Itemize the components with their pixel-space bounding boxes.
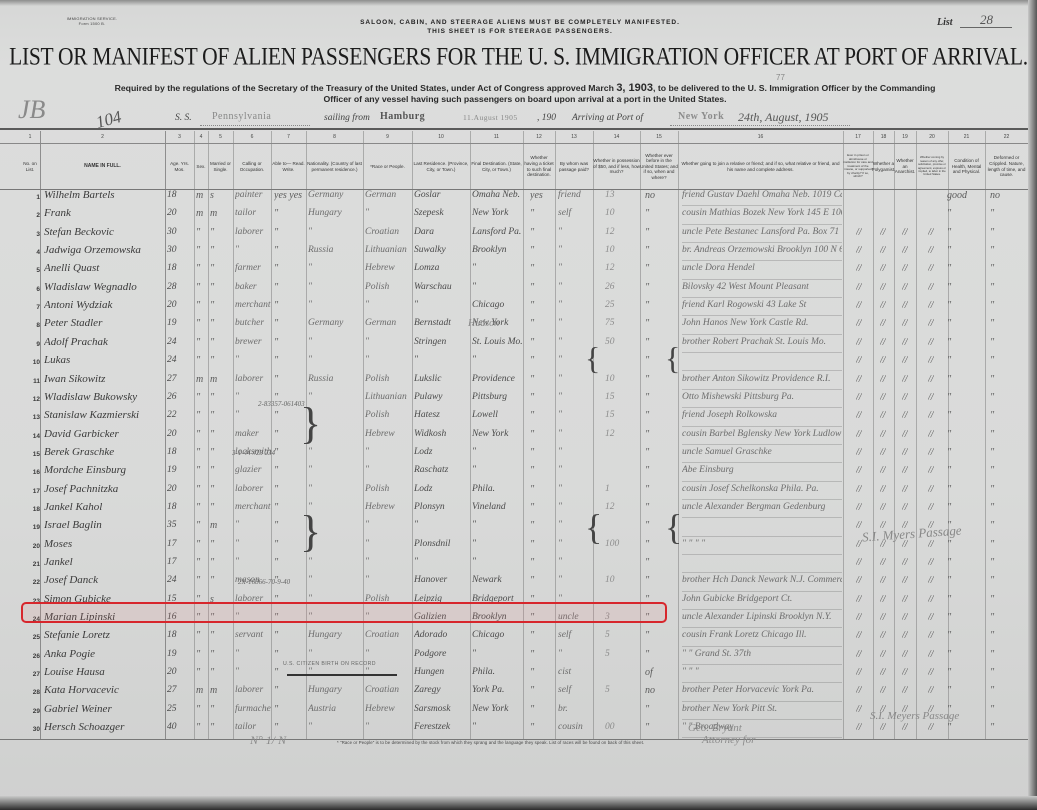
header-ticket: Whether having a ticket to such final de… [523, 144, 555, 189]
cell-before: " [645, 557, 677, 568]
cell-money: 75 [605, 318, 640, 328]
cell-sex: " [196, 245, 208, 256]
table-row: 28Kata Horvacevic27mmlaborer"HungaryCroa… [0, 683, 1028, 701]
cell-cond: " [947, 447, 985, 458]
ditto-mark: // [880, 649, 886, 660]
cell-nat: Germany [308, 318, 363, 328]
scan-edge-top [0, 0, 1037, 6]
cell-def: " [990, 484, 1028, 495]
cell-cond: " [947, 594, 985, 605]
cell-cond: " [947, 649, 985, 660]
warning-line-1: SALOON, CABIN, AND STEERAGE ALIENS MUST … [290, 18, 750, 27]
header-before-in-us: Whether ever before in the United States… [640, 144, 678, 189]
cell-ms: " [210, 318, 232, 329]
cell-def: " [990, 318, 1028, 329]
cell-age: 25 [167, 704, 193, 714]
ditto-mark: // [880, 374, 886, 385]
header-health: Condition of Health, Mental and Physical… [948, 144, 985, 189]
ditto-mark: // [928, 685, 934, 696]
ditto-mark: // [880, 594, 886, 605]
arriving-label: Arriving at Port of [572, 113, 643, 123]
cell-age: 18 [167, 263, 193, 273]
cell-def: " [990, 539, 1028, 550]
cell-ms: " [210, 337, 232, 348]
cell-race: Lithuanian [365, 392, 412, 402]
ditto-mark: // [928, 429, 934, 440]
cell-rw: " [274, 300, 306, 311]
cell-age: 20 [167, 300, 193, 310]
cell-age: 24 [167, 355, 193, 365]
ditto-mark: // [928, 484, 934, 495]
cell-name: Stefan Beckovic [44, 226, 164, 238]
cell-age: 30 [167, 227, 193, 237]
cell-tkt: " [530, 484, 550, 495]
cell-rw: " [274, 245, 306, 256]
cell-occ: tailor [235, 208, 271, 218]
cell-paid: " [558, 245, 593, 255]
ditto-mark: // [928, 355, 934, 366]
ditto-mark: // [902, 612, 908, 623]
ditto-mark: // [902, 227, 908, 238]
cell-rw: " [274, 318, 306, 329]
ditto-mark: // [856, 263, 862, 274]
cell-rw: " [274, 208, 306, 219]
ditto-mark: // [902, 557, 908, 568]
cell-sex: " [196, 429, 208, 440]
cell-dest: St. Louis Mo. [472, 337, 523, 347]
cell-name: Louise Hausa [44, 666, 164, 678]
row12-note: 2-83357-061403 [258, 400, 305, 408]
cell-def: " [990, 612, 1028, 623]
cell-before: " [645, 227, 677, 238]
cell-res: " [414, 300, 470, 310]
cell-age: 18 [167, 447, 193, 457]
brace-mark: { [585, 505, 602, 549]
cell-age: 24 [167, 575, 193, 585]
cell-rw: " [274, 263, 306, 274]
cell-join: " " Grand St. 37th [682, 649, 842, 659]
cell-res: Ferestzek [414, 722, 470, 732]
form-id: IMMIGRATION SERVICE. Form 1500 B. [60, 16, 124, 26]
cell-nat: " [308, 649, 363, 659]
cell-sex: " [196, 447, 208, 458]
cell-tkt: " [530, 429, 550, 440]
cell-before: " [645, 484, 677, 495]
row-number: 17 [28, 488, 40, 495]
page-title: LIST OR MANIFEST OF ALIEN PASSENGERS FOR… [0, 42, 1037, 72]
cell-paid: " [558, 484, 593, 494]
table-row: 9Adolf Prachak24""brewer"""StringenSt. L… [0, 335, 1028, 353]
cell-paid: " [558, 575, 593, 585]
cell-age: 30 [167, 245, 193, 255]
header-money: Whether in possession of $50, and if les… [593, 144, 640, 189]
column-number: 4 [194, 134, 208, 140]
cell-money: 10 [605, 208, 640, 218]
cell-before: " [645, 410, 677, 421]
cell-sex: " [196, 649, 208, 660]
list-label: List [937, 17, 953, 28]
cell-age: 26 [167, 392, 193, 402]
cell-rw: " [274, 355, 306, 366]
cell-race: Polish [365, 410, 412, 420]
sailing-label: sailing from [324, 113, 370, 123]
table-row: 5Anelli Quast18""farmer""HebrewLomza"""1… [0, 261, 1028, 279]
cell-tkt: " [530, 630, 550, 641]
cell-cond: " [947, 722, 985, 733]
cell-tkt: " [530, 410, 550, 421]
ditto-mark: // [856, 575, 862, 586]
ditto-mark: // [902, 502, 908, 513]
cell-cond: " [947, 612, 985, 623]
cell-nat: " [308, 282, 363, 292]
cell-name: Anelli Quast [44, 262, 164, 274]
cell-tkt: " [530, 685, 550, 696]
column-number: 3 [165, 134, 194, 140]
cell-res: Raschatz [414, 465, 470, 475]
ditto-mark: // [902, 429, 908, 440]
cell-name: Moses [44, 538, 164, 550]
cell-tkt: " [530, 520, 550, 531]
cell-name: Wladislaw Wegnadlo [44, 281, 164, 293]
cell-name: Berek Graschke [44, 446, 164, 458]
cell-money: 12 [605, 227, 640, 237]
cell-before: " [645, 300, 677, 311]
cell-name: Gabriel Weiner [44, 703, 164, 715]
cell-occ: laborer [235, 484, 271, 494]
ditto-mark: // [902, 630, 908, 641]
ditto-mark: // [902, 484, 908, 495]
cell-cond: " [947, 355, 985, 366]
cell-occ: " [235, 667, 271, 677]
cell-dest: " [472, 282, 523, 292]
cell-dest: York Pa. [472, 685, 523, 695]
cell-ms: " [210, 667, 232, 678]
ditto-mark: // [902, 245, 908, 256]
table-row: 22Josef Danck24""mason"""HanoverNewark""… [0, 573, 1028, 591]
row-number: 6 [28, 286, 40, 293]
column-number: 11 [470, 134, 523, 140]
table-row: 12Wladislaw Bukowsky26"""""LithuanianPul… [0, 390, 1028, 408]
brace-mark: { [585, 336, 600, 380]
cell-before: " [645, 245, 677, 256]
cell-before: " [645, 722, 677, 733]
cell-race: " [365, 649, 412, 659]
cell-def: " [990, 575, 1028, 586]
column-number: 15 [640, 134, 678, 140]
ditto-mark: // [902, 594, 908, 605]
cell-sex: " [196, 575, 208, 586]
cell-def: " [990, 557, 1028, 568]
ditto-mark: // [928, 447, 934, 458]
cell-cond: " [947, 685, 985, 696]
table-row: 14David Garbicker20""maker""HebrewWidkos… [0, 427, 1028, 445]
scan-edge-bottom [0, 796, 1037, 810]
cell-join: friend Gustav Daehl Omaha Neb. 1019 Capi… [682, 190, 842, 200]
signature-line-1: Geo. Bryant [688, 722, 755, 734]
cell-rw: " [274, 465, 306, 476]
cell-tkt: " [530, 263, 550, 274]
header-prison: Ever in prison or almshouse or instituti… [843, 144, 873, 189]
cell-ms: " [210, 539, 232, 550]
cell-occ: laborer [235, 227, 271, 237]
table-row: 11Iwan Sikowitz27mmlaborer"RussiaPolishL… [0, 372, 1028, 390]
cell-rw: " [274, 704, 306, 715]
cell-race: " [365, 520, 412, 530]
cell-def: " [990, 337, 1028, 348]
cell-rw: " [274, 447, 306, 458]
cell-tkt: " [530, 355, 550, 366]
column-number: 7 [271, 134, 306, 140]
cell-dest: " [472, 355, 523, 365]
cell-rw: " [274, 722, 306, 733]
cell-age: 27 [167, 685, 193, 695]
cell-cond: " [947, 539, 985, 550]
table-row: 15Berek Graschke18""locksmith"""Lodz""""… [0, 445, 1028, 463]
cell-sex: " [196, 282, 208, 293]
cell-rw: " [274, 630, 306, 641]
ditto-mark: // [928, 263, 934, 274]
column-number: 19 [894, 134, 916, 140]
brace-mark: { [665, 336, 680, 380]
cell-race: Hebrew [365, 429, 412, 439]
cell-sex: " [196, 557, 208, 568]
cell-age: 24 [167, 337, 193, 347]
ditto-mark: // [880, 410, 886, 421]
cell-ms: " [210, 557, 232, 568]
row-number: 10 [28, 359, 40, 366]
cell-name: Peter Stadler [44, 317, 164, 329]
ditto-mark: // [928, 410, 934, 421]
signature: Geo. Bryant Attorney for [688, 722, 755, 746]
cell-paid: " [558, 227, 593, 237]
ditto-mark: // [856, 704, 862, 715]
cell-sex: " [196, 355, 208, 366]
cell-nat: " [308, 227, 363, 237]
cell-money: 5 [605, 649, 640, 659]
warning-line-2: THIS SHEET IS FOR STEERAGE PASSENGERS. [290, 27, 750, 36]
cell-ms: " [210, 465, 232, 476]
cell-age: 40 [167, 722, 193, 732]
cell-def: " [990, 208, 1028, 219]
cell-ms: " [210, 704, 232, 715]
column-numbers: 1 2 3 4 5 6 7 8 9 10 11 12 13 14 15 16 1… [0, 131, 1028, 143]
cell-occ: farmer [235, 263, 271, 273]
cell-res: Hanover [414, 575, 470, 585]
ship-name-line [200, 125, 310, 126]
table-row: 10Lukas24"""""""""""""//////// [0, 353, 1028, 371]
cell-cond: " [947, 263, 985, 274]
ditto-mark: // [856, 300, 862, 311]
cell-def: " [990, 520, 1028, 531]
cell-cond: " [947, 227, 985, 238]
cell-tkt: " [530, 374, 550, 385]
cell-paid: " [558, 263, 593, 273]
ship-details: S. S. Pennsylvania sailing from Hamburg … [0, 110, 1037, 128]
cell-before: " [645, 282, 677, 293]
cell-join: cousin Frank Loretz Chicago Ill. [682, 630, 842, 640]
cell-name: Mordche Einsburg [44, 464, 164, 476]
cell-age: 18 [167, 502, 193, 512]
cell-ms: " [210, 575, 232, 586]
table-top-rule [0, 128, 1028, 130]
cell-cond: " [947, 282, 985, 293]
cell-money: 12 [605, 502, 640, 512]
cell-tkt: yes [530, 190, 550, 201]
cell-name: Anka Pogie [44, 648, 164, 660]
header-race: *Race or People. [363, 144, 412, 189]
ditto-mark: // [880, 502, 886, 513]
cell-nat: Austria [308, 704, 363, 714]
ditto-mark: // [880, 630, 886, 641]
cell-occ: servant [235, 630, 271, 640]
cell-money: 25 [605, 300, 640, 310]
sail-date: 11.August 1905 [463, 113, 518, 122]
cell-res: " [414, 355, 470, 365]
ditto-mark: // [856, 667, 862, 678]
cell-money: 12 [605, 429, 640, 439]
column-number: 14 [593, 134, 640, 140]
cell-dest: " [472, 447, 523, 457]
cell-race: Hebrew [365, 704, 412, 714]
arrival-line [670, 125, 850, 126]
cell-before: of [645, 667, 677, 678]
cell-join: uncle Alexander Lipinski Brooklyn N.Y. [682, 612, 842, 622]
ditto-mark: // [902, 282, 908, 293]
row-number: 18 [28, 506, 40, 513]
column-number: 1 [20, 134, 40, 140]
cell-cond: " [947, 300, 985, 311]
table-row: 1Wilhelm Bartels18mspainteryes yesGerman… [0, 188, 1028, 206]
row-number: 22 [28, 579, 40, 586]
ditto-mark: // [880, 722, 886, 733]
cell-race: Hebrew [365, 263, 412, 273]
header-name: NAME IN FULL. [40, 144, 165, 189]
header-joining-relative: Whether going to join a relative or frie… [678, 144, 843, 189]
ditto-mark: // [928, 374, 934, 385]
row-number: 26 [28, 653, 40, 660]
cell-paid: self [558, 630, 593, 640]
cell-occ: " [235, 410, 271, 420]
cell-occ: baker [235, 282, 271, 292]
column-number: 17 [843, 134, 873, 140]
ditto-mark: // [856, 685, 862, 696]
cell-paid: " [558, 429, 593, 439]
cell-cond: " [947, 667, 985, 678]
cell-before: " [645, 447, 677, 458]
cell-paid: friend [558, 190, 593, 200]
table-row: 7Antoni Wydziak20""merchant""""Chicago""… [0, 298, 1028, 316]
row-number: 25 [28, 634, 40, 641]
column-number: 10 [412, 134, 470, 140]
cell-nat: Hungary [308, 685, 363, 695]
cell-rw: yes yes [274, 190, 306, 201]
row-number: 4 [28, 249, 40, 256]
cell-def: " [990, 263, 1028, 274]
cell-tkt: " [530, 704, 550, 715]
cell-dest: " [472, 465, 523, 475]
cell-cond: " [947, 429, 985, 440]
cell-age: 18 [167, 190, 193, 200]
required-text-a: Required by the regulations of the Secre… [115, 83, 617, 93]
cell-ms: " [210, 410, 232, 421]
cell-ms: " [210, 355, 232, 366]
cell-def: " [990, 465, 1028, 476]
ditto-mark: // [928, 337, 934, 348]
cell-nat: Hungary [308, 630, 363, 640]
ditto-mark: // [856, 355, 862, 366]
cell-cond: " [947, 208, 985, 219]
cell-age: 20 [167, 667, 193, 677]
ditto-mark: // [880, 392, 886, 403]
cell-occ: furmacher [235, 704, 271, 714]
cell-dest: Chicago [472, 630, 523, 640]
cell-res: Sarsmosk [414, 704, 470, 714]
table-row: 25Stefanie Loretz18""servant"HungaryCroa… [0, 628, 1028, 646]
cell-def: no [990, 190, 1028, 201]
cell-ms: s [210, 190, 232, 201]
cell-dest: Lowell [472, 410, 523, 420]
cell-before: " [645, 392, 677, 403]
cell-age: 18 [167, 630, 193, 640]
cell-def: " [990, 429, 1028, 440]
cell-sex: " [196, 300, 208, 311]
cell-tkt: " [530, 539, 550, 550]
ditto-mark: // [902, 722, 908, 733]
cell-sex: " [196, 502, 208, 513]
row-number: 20 [28, 543, 40, 550]
cell-age: 22 [167, 410, 193, 420]
table-row: 16Mordche Einsburg19""glazier"""Raschatz… [0, 463, 1028, 481]
row-number: 30 [28, 726, 40, 733]
required-text-b: , to be delivered to the U. S. Immigrati… [653, 83, 935, 93]
ditto-mark: // [856, 447, 862, 458]
brace-mark: { [665, 505, 682, 549]
ship-name: Pennsylvania [212, 111, 271, 122]
cell-sex: " [196, 318, 208, 329]
race-footnote: * "Race or People" is to be determined b… [337, 740, 644, 745]
cell-paid: " [558, 410, 593, 420]
cell-occ: " [235, 557, 271, 567]
highlighted-row-24[interactable] [21, 602, 667, 623]
ditto-mark: // [902, 355, 908, 366]
ditto-mark: // [856, 484, 862, 495]
ditto-mark: // [928, 594, 934, 605]
cell-tkt: " [530, 227, 550, 238]
header-no-on-list: No. on List. [20, 144, 40, 189]
ditto-mark: // [902, 575, 908, 586]
cell-res: Lomza [414, 263, 470, 273]
cell-occ: brewer [235, 337, 271, 347]
cell-cond: " [947, 575, 985, 586]
cell-res: Widkosh [414, 429, 470, 439]
cell-paid: " [558, 465, 593, 475]
column-number: 2 [40, 134, 165, 140]
cell-occ: " [235, 649, 271, 659]
cell-name: Israel Baglin [44, 519, 164, 531]
column-number: 21 [948, 134, 985, 140]
year-label: , 190 [537, 113, 556, 123]
row-number: 12 [28, 396, 40, 403]
cell-dest: Newark [472, 575, 523, 585]
cell-occ: glazier [235, 465, 271, 475]
cell-cond: " [947, 630, 985, 641]
cell-dest: " [472, 557, 523, 567]
ditto-mark: // [880, 282, 886, 293]
ditto-mark: // [880, 575, 886, 586]
cell-rw: " [274, 227, 306, 238]
ditto-mark: // [880, 263, 886, 274]
cell-cond: " [947, 465, 985, 476]
